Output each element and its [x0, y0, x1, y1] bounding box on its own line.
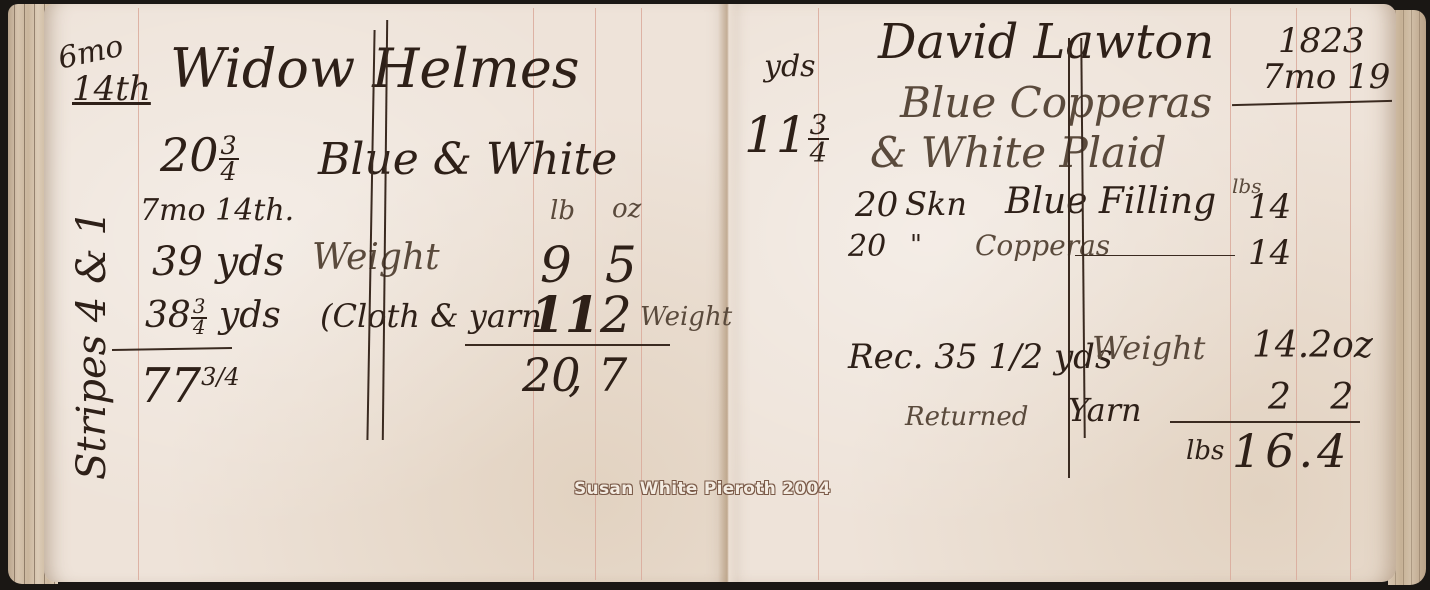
entry-description-2: (Cloth & yarn — [320, 300, 542, 332]
entry-date: 7mo 19 — [1262, 60, 1390, 94]
margin-day: 14th — [72, 72, 151, 106]
received-weight: 14.2oz — [1252, 328, 1373, 364]
entry-yards: 39 yds — [152, 242, 284, 282]
item-qty: 20 — [848, 232, 886, 262]
ruling-line — [1230, 8, 1231, 580]
description-line-1: Blue Copperas — [900, 82, 1212, 124]
weight-oz-2: 2 — [600, 290, 632, 340]
copyright-watermark: Susan White Pieroth 2004 — [574, 479, 831, 499]
ledger-book: 6mo 14th Stripes 4 & 1 Widow Helmes 2034… — [0, 0, 1430, 590]
returned-item: Yarn — [1068, 394, 1142, 426]
returned-label: Returned — [905, 404, 1028, 430]
item-leader-line — [1075, 255, 1235, 256]
weight-lb-1: 9 — [540, 240, 572, 290]
margin-unit: yds — [764, 52, 816, 82]
oz-header: oz — [612, 196, 641, 222]
entry-quantity: 2034 — [160, 132, 239, 184]
weight-lb-2: 11 — [530, 290, 600, 340]
entry-yards-2: 3834 yds — [145, 298, 281, 338]
lb-header: lb — [550, 198, 575, 224]
weight-sum-line — [465, 344, 670, 346]
received-quantity: Rec. 35 1/2 yds — [848, 340, 1112, 374]
entry-year: 1823 — [1278, 24, 1365, 58]
total-unit: lbs — [1186, 438, 1224, 464]
margin-quantity: 1134 — [744, 110, 829, 166]
item-description: Blue Filling — [1005, 184, 1216, 220]
description-line-2: & White Plaid — [870, 132, 1167, 174]
item-qty: 20 — [855, 188, 898, 222]
weight-oz-1: 5 — [605, 240, 637, 290]
weight-note: Weight — [640, 304, 732, 330]
received-label: Weight — [1092, 332, 1205, 364]
item-unit: Skn — [905, 188, 967, 220]
weight-label: Weight — [312, 240, 440, 276]
item-unit: " — [910, 232, 922, 258]
item-amount: 14 — [1248, 190, 1291, 224]
total-line — [1170, 421, 1360, 423]
customer-name: David Lawton — [878, 18, 1214, 66]
margin-vertical-note: Stripes 4 & 1 — [72, 210, 112, 480]
weight-total-sep: , — [568, 352, 583, 398]
entry-total: 773/4 — [140, 362, 240, 410]
entry-description: Blue & White — [318, 138, 617, 182]
entry-date: 7mo 14th. — [140, 196, 294, 226]
weight-total-oz: 7 — [598, 352, 627, 398]
total-weight: 16.4 — [1232, 428, 1350, 474]
item-amount: 14 — [1248, 236, 1291, 270]
returned-weight: 2 2 — [1268, 380, 1367, 416]
